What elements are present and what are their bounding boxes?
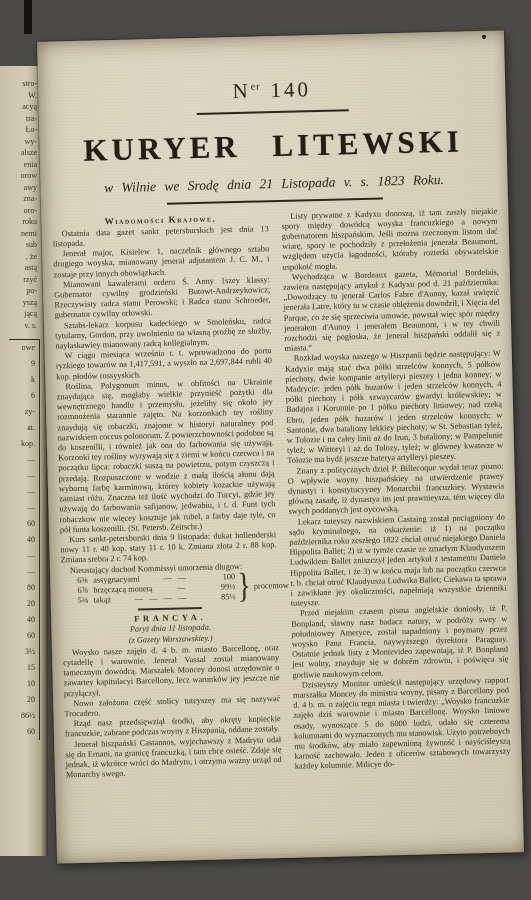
newspaper-title: KURYER LITEWSKI xyxy=(39,122,507,169)
funds-table: 6⅜ assygnacyami — — 100 6⅞ brzęczącą mon… xyxy=(77,571,278,606)
left-column: Wiadomości Krajowe. Ostatnia data gazet … xyxy=(52,212,283,835)
paragraph: Woysko nasze zajęło d. 4 b. m. miasto Ba… xyxy=(63,643,280,699)
paragraph: Znany z politycznych dzieł P. Billecoque… xyxy=(287,461,504,517)
funds-label: takąż xyxy=(94,595,112,606)
funds-leader-dashes: — — — — xyxy=(111,593,212,606)
adjacent-page-table-fragments: owe 9 k 6 zy- at. kop. — — — — 60 40 — —… xyxy=(9,339,40,740)
bookmark-tab xyxy=(24,0,32,34)
funds-value: 100 xyxy=(211,572,235,583)
funds-rate: 5⅜ xyxy=(78,596,94,607)
masthead: Ner 140 KURYER LITEWSKI w Wilnie we Srod… xyxy=(37,30,508,207)
issue-number-value: 140 xyxy=(270,77,311,102)
funds-rate: 6⅞ xyxy=(77,586,93,597)
funds-note: procentow xyxy=(254,581,289,592)
paragraph: Przed niejakim czasem pisma angielskie d… xyxy=(291,604,509,681)
brace-glyph: } xyxy=(237,569,251,604)
paragraph: Roślina, Polygonum minus, w obfitości na… xyxy=(56,377,276,535)
pin-hole xyxy=(482,35,486,39)
issue-number-superscript: er xyxy=(251,81,261,92)
funds-value: 85½ xyxy=(212,592,236,603)
paragraph: Listy prywatne z Kadyxu donoszą, iż tam … xyxy=(281,206,498,272)
paragraph: Wychodząca w Bordeaux gazeta, Mémorial B… xyxy=(283,267,501,354)
paragraph: Lekarz tuteyszy nazwiskiem Castaing zost… xyxy=(289,512,507,609)
right-column: Listy prywatne z Kadyxu donoszą, iż tam … xyxy=(281,206,512,829)
paragraph: Rozkład woyska naszego w Hiszpanii będzi… xyxy=(285,349,504,466)
funds-rows: 6⅜ assygnacyami — — 100 6⅞ brzęczącą mon… xyxy=(77,572,236,606)
paragraph: Mianowani kawalerami orderu Ś. Anny 1sze… xyxy=(54,275,271,321)
newspaper-page: Ner 140 KURYER LITEWSKI w Wilnie we Srod… xyxy=(37,30,524,863)
funds-value: 99½ xyxy=(211,582,235,593)
issue-number-prefix: N xyxy=(232,79,251,103)
book-scan-background: stro- W. acyą tra- Ło- wy- alsze enia or… xyxy=(0,0,531,900)
masthead-dateline: w Wilnie we Srodę dnia 21 Listopada v. s… xyxy=(40,170,507,197)
section-divider xyxy=(138,607,202,610)
funds-rate: 6⅜ xyxy=(77,575,93,586)
body-columns: Wiadomości Krajowe. Ostatnia data gazet … xyxy=(41,196,523,835)
masthead-rule-top xyxy=(196,109,348,114)
issue-number: Ner 140 xyxy=(38,72,505,108)
paragraph: Jenerał hiszpański Castannos, wyjechawsz… xyxy=(65,735,282,781)
paragraph: Dzisieyszy Monitor umieścił następujący … xyxy=(293,675,511,772)
